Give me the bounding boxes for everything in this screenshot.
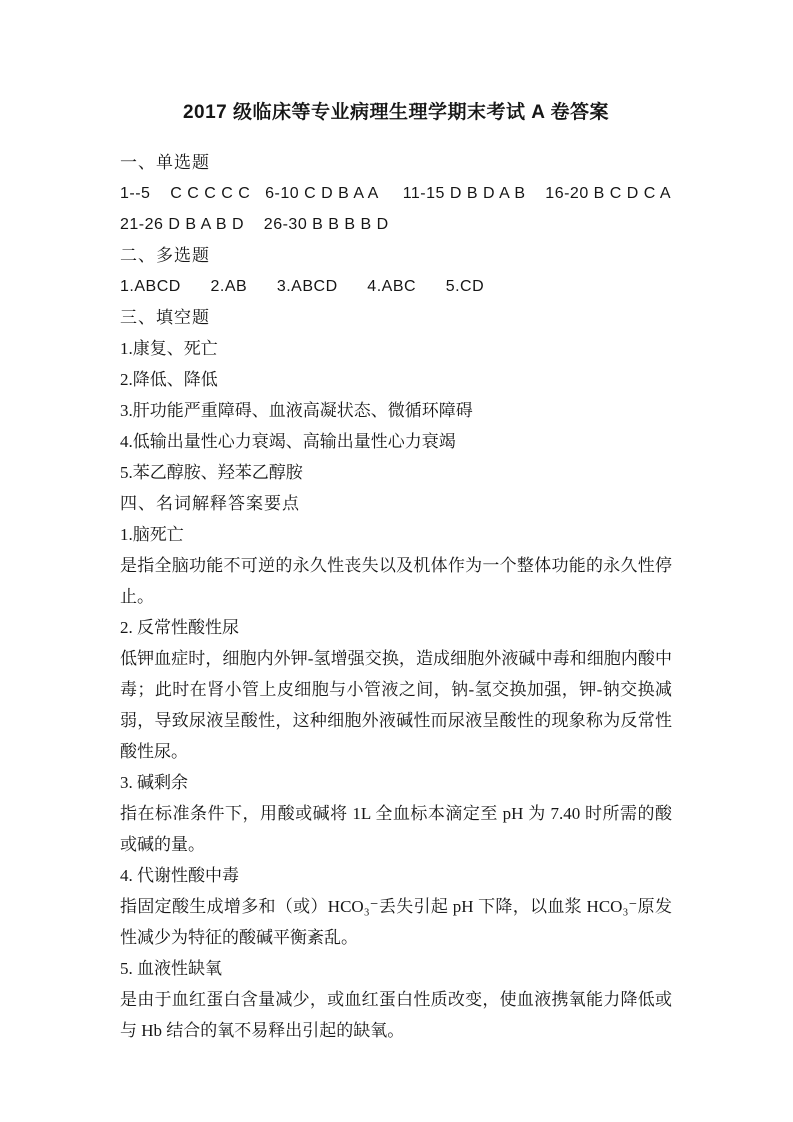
term-1-definition: 是指全脑功能不可逆的永久性丧失以及机体作为一个整体功能的永久性停止。	[120, 550, 672, 612]
term-5-definition: 是由于血红蛋白含量减少，或血红蛋白性质改变，使血液携氧能力降低或与 Hb 结合的…	[120, 984, 672, 1046]
term-4-definition: 指固定酸生成增多和（或）HCO₃⁻丢失引起 pH 下降，以血浆 HCO₃⁻原发性…	[120, 891, 672, 953]
fill-blank-item-1: 1.康复、死亡	[120, 333, 672, 364]
fill-blank-item-5: 5.苯乙醇胺、羟苯乙醇胺	[120, 457, 672, 488]
document-page: 2017 级临床等专业病理生理学期末考试 A 卷答案 一、单选题 1--5 C …	[0, 0, 793, 1122]
term-2-name: 2. 反常性酸性尿	[120, 612, 672, 643]
section-fill-blanks-heading: 三、填空题	[120, 302, 672, 333]
fill-blank-item-4: 4.低输出量性心力衰竭、高输出量性心力衰竭	[120, 426, 672, 457]
term-1-name: 1.脑死亡	[120, 519, 672, 550]
multi-choice-answers-line: 1.ABCD 2.AB 3.ABCD 4.ABC 5.CD	[120, 271, 672, 302]
term-4-name: 4. 代谢性酸中毒	[120, 860, 672, 891]
fill-blank-item-3: 3.肝功能严重障碍、血液高凝状态、微循环障碍	[120, 395, 672, 426]
term-2-definition: 低钾血症时，细胞内外钾-氢增强交换，造成细胞外液碱中毒和细胞内酸中毒；此时在肾小…	[120, 643, 672, 767]
term-5-name: 5. 血液性缺氧	[120, 953, 672, 984]
document-title: 2017 级临床等专业病理生理学期末考试 A 卷答案	[120, 96, 672, 130]
section-term-explanations-heading: 四、名词解释答案要点	[120, 488, 672, 519]
single-choice-answers-line-1: 1--5 C C C C C 6-10 C D B A A 11-15 D B …	[120, 178, 672, 209]
term-3-definition: 指在标准条件下，用酸或碱将 1L 全血标本滴定至 pH 为 7.40 时所需的酸…	[120, 798, 672, 860]
fill-blank-item-2: 2.降低、降低	[120, 364, 672, 395]
single-choice-answers-line-2: 21-26 D B A B D 26-30 B B B B D	[120, 209, 672, 240]
section-single-choice-heading: 一、单选题	[120, 147, 672, 178]
term-3-name: 3. 碱剩余	[120, 767, 672, 798]
section-multi-choice-heading: 二、多选题	[120, 240, 672, 271]
